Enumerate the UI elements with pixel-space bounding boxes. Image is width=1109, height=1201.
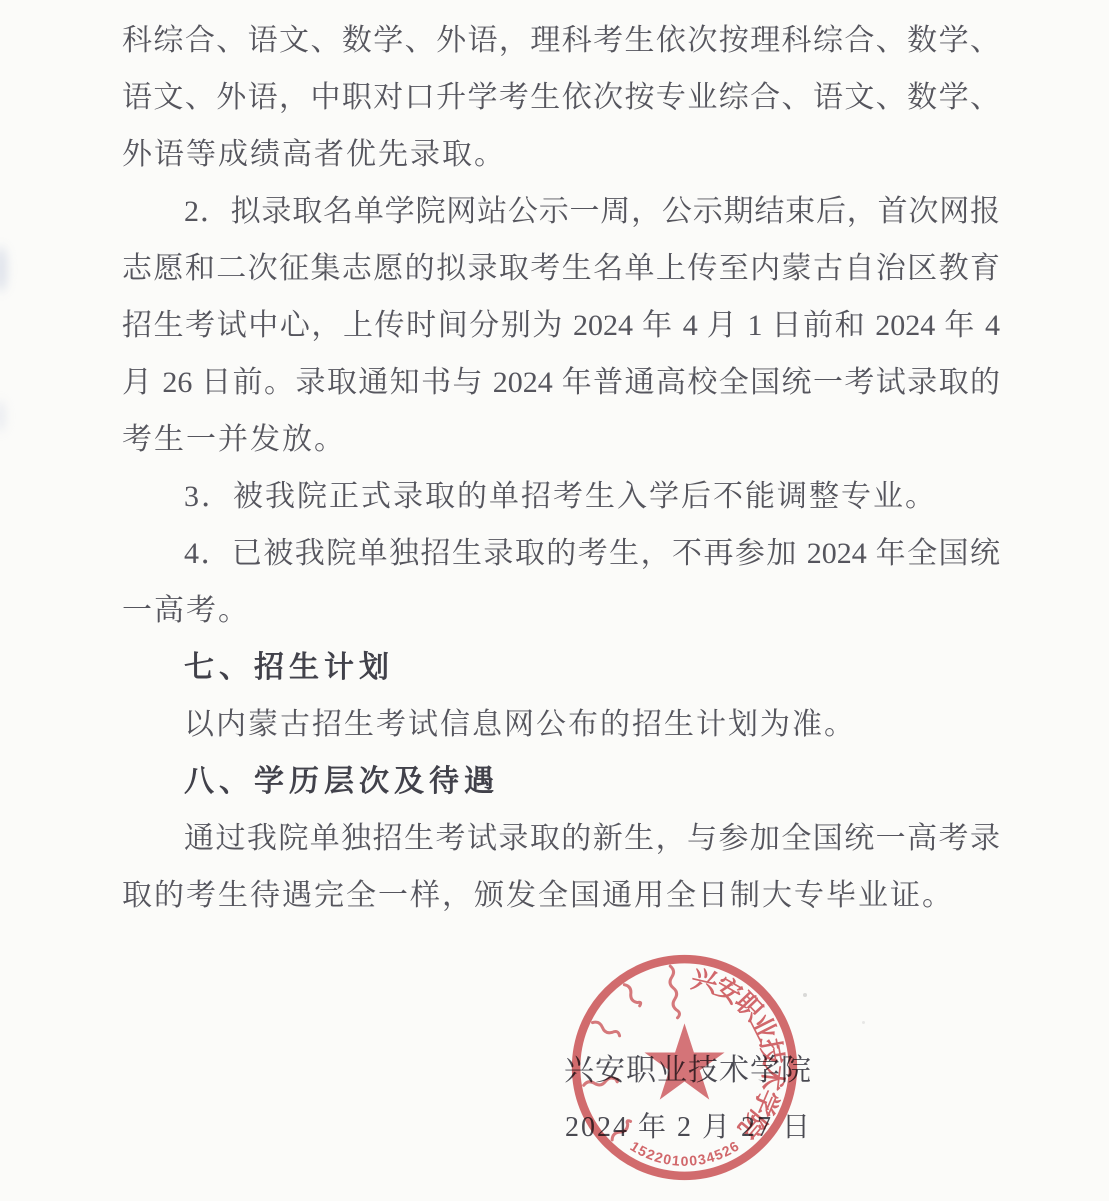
scan-smudge [0,246,7,292]
body-line: 以内蒙古招生考试信息网公布的招生计划为准。 [122,696,1000,753]
seal-number-digit: 0 [681,1153,689,1169]
mongolian-script-column [610,1120,632,1142]
mongolian-script-column [583,1077,617,1088]
mongolian-script-column [622,983,641,1007]
body-line: 志愿和二次征集志愿的拟录取考生名单上传至内蒙古自治区教育 [122,240,1000,297]
body-line: 科综合、语文、数学、外语，理科考生依次按理科综合、数学、 [122,12,1000,69]
section-heading: 七、招生计划 [122,639,1000,696]
section-heading: 八、学历层次及待遇 [122,753,1000,810]
official-seal: 兴安职业技术学院 1522010034526 [544,927,825,1201]
mongolian-script-column [668,966,680,1018]
body-line: 取的考生待遇完全一样，颁发全国通用全日制大专毕业证。 [122,867,1000,924]
body-line: 4．已被我院单独招生录取的考生，不再参加 2024 年全国统 [122,525,1000,582]
body-line: 一高考。 [122,582,1000,639]
body-line: 3．被我院正式录取的单招考生入学后不能调整专业。 [122,468,1000,525]
body-line: 招生考试中心，上传时间分别为 2024 年 4 月 1 日前和 2024 年 4 [122,297,1000,354]
body-line: 月 26 日前。录取通知书与 2024 年普通高校全国统一考试录取的 [122,354,1000,411]
scan-smudge [0,400,5,432]
seal-number-digit: 1 [671,1152,680,1169]
body-line: 语文、外语，中职对口升学考生依次按专业综合、语文、数学、 [122,69,1000,126]
scan-speckle [862,1021,865,1024]
body-line: 通过我院单独招生考试录取的新生，与参加全国统一高考录 [122,810,1000,867]
official-seal-graphic: 兴安职业技术学院 1522010034526 [544,927,825,1201]
star-icon [644,1023,724,1099]
body-line: 考生一并发放。 [122,411,1000,468]
body-line: 外语等成绩高者优先录取。 [122,126,1000,183]
document-page: 科综合、语文、数学、外语，理科考生依次按理科综合、数学、语文、外语，中职对口升学… [0,0,1109,1201]
body-line: 2．拟录取名单学院网站公示一周，公示期结束后，首次网报 [122,183,1000,240]
mongolian-script-column [591,1020,620,1038]
body-lines: 科综合、语文、数学、外语，理科考生依次按理科综合、数学、语文、外语，中职对口升学… [122,12,1000,924]
